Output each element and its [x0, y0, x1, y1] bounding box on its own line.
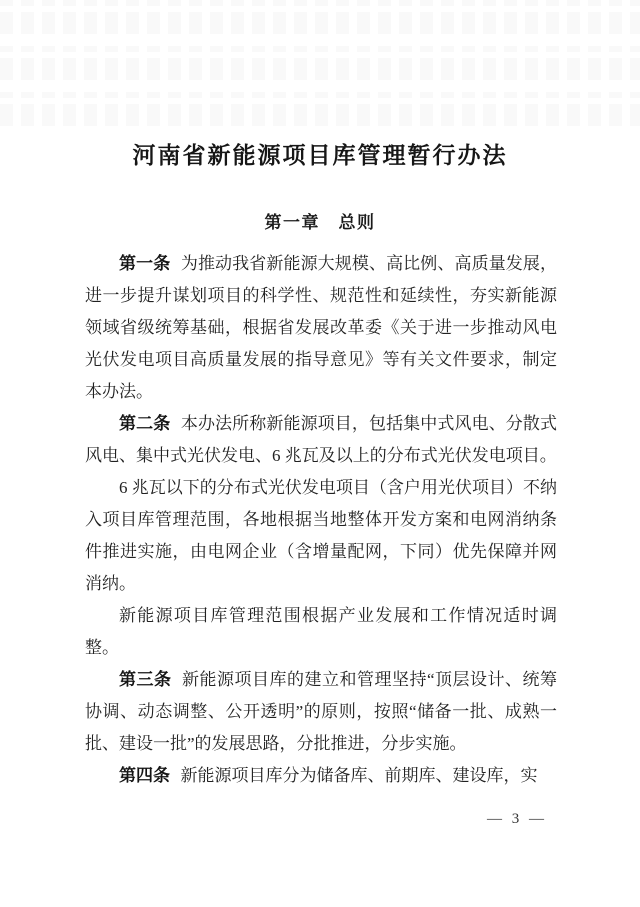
document-page: 河南省新能源项目库管理暂行办法 第一章 总则 第一条为推动我省新能源大规模、高比… — [0, 0, 640, 907]
page-number: — 3 — — [487, 808, 547, 830]
chapter-heading: 第一章 总则 — [0, 210, 640, 235]
paragraph: 第一条为推动我省新能源大规模、高比例、高质量发展，进一步提升谋划项目的科学性、规… — [85, 248, 557, 408]
paragraph: 第四条新能源项目库分为储备库、前期库、建设库，实 — [85, 760, 557, 792]
paragraph: 新能源项目库管理范围根据产业发展和工作情况适时调整。 — [85, 600, 557, 664]
clause-number: 第四条 — [119, 766, 170, 785]
document-body: 第一条为推动我省新能源大规模、高比例、高质量发展，进一步提升谋划项目的科学性、规… — [85, 248, 557, 792]
clause-number: 第一条 — [119, 254, 170, 273]
clause-number: 第二条 — [119, 414, 170, 433]
paragraph: 第三条新能源项目库的建立和管理坚持“顶层设计、统筹协调、动态调整、公开透明”的原… — [85, 664, 557, 760]
paragraph: 6 兆瓦以下的分布式光伏发电项目（含户用光伏项目）不纳入项目库管理范围，各地根据… — [85, 472, 557, 600]
page-title: 河南省新能源项目库管理暂行办法 — [0, 139, 640, 173]
paragraph: 第二条本办法所称新能源项目，包括集中式风电、分散式风电、集中式光伏发电、6 兆瓦… — [85, 408, 557, 472]
clause-number: 第三条 — [119, 670, 172, 689]
scan-bleed-pattern — [0, 0, 640, 128]
